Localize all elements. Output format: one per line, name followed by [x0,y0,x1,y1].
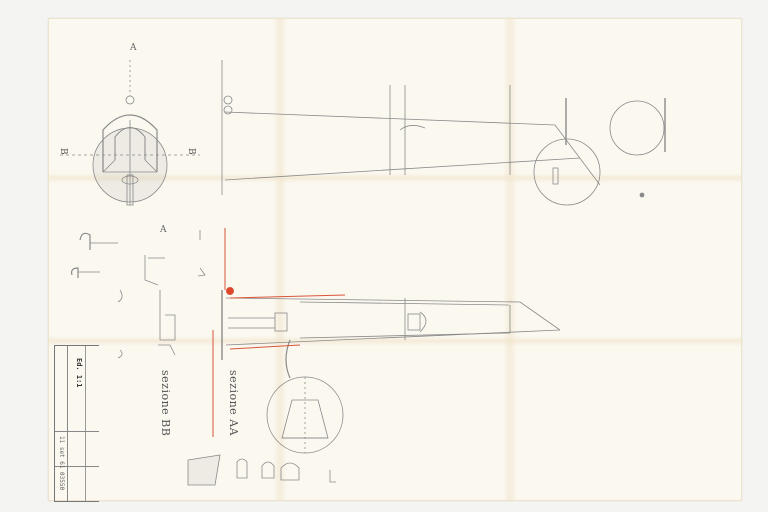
section-aa-label: sezione AA [227,370,240,436]
profile-sketches [188,455,336,485]
elevation-top [222,60,600,195]
marker-a-mid: A [159,225,167,235]
title-block-divider-2 [85,346,86,501]
left-side-sketches [72,230,205,358]
title-block-number: 03550 [58,472,65,490]
title-block-date: 11 set 61 [58,436,65,469]
technical-drawing: A A [0,0,768,512]
title-block-divider [67,346,68,501]
title-block: Ed. 1:1 11 set 61 03550 [54,345,99,502]
section-bb-label: sezione BB [159,370,172,436]
title-block-scale: Ed. 1:1 [75,358,83,388]
marker-a-top: A [129,43,137,53]
section-aa-drawing [222,290,560,360]
lower-section-circle [267,340,343,453]
marker-b-right: B [186,148,196,155]
circular-detail-right [534,98,665,205]
plan-view-detail [60,60,200,205]
marker-b-left: B [58,148,68,155]
title-block-row-line [55,431,99,432]
